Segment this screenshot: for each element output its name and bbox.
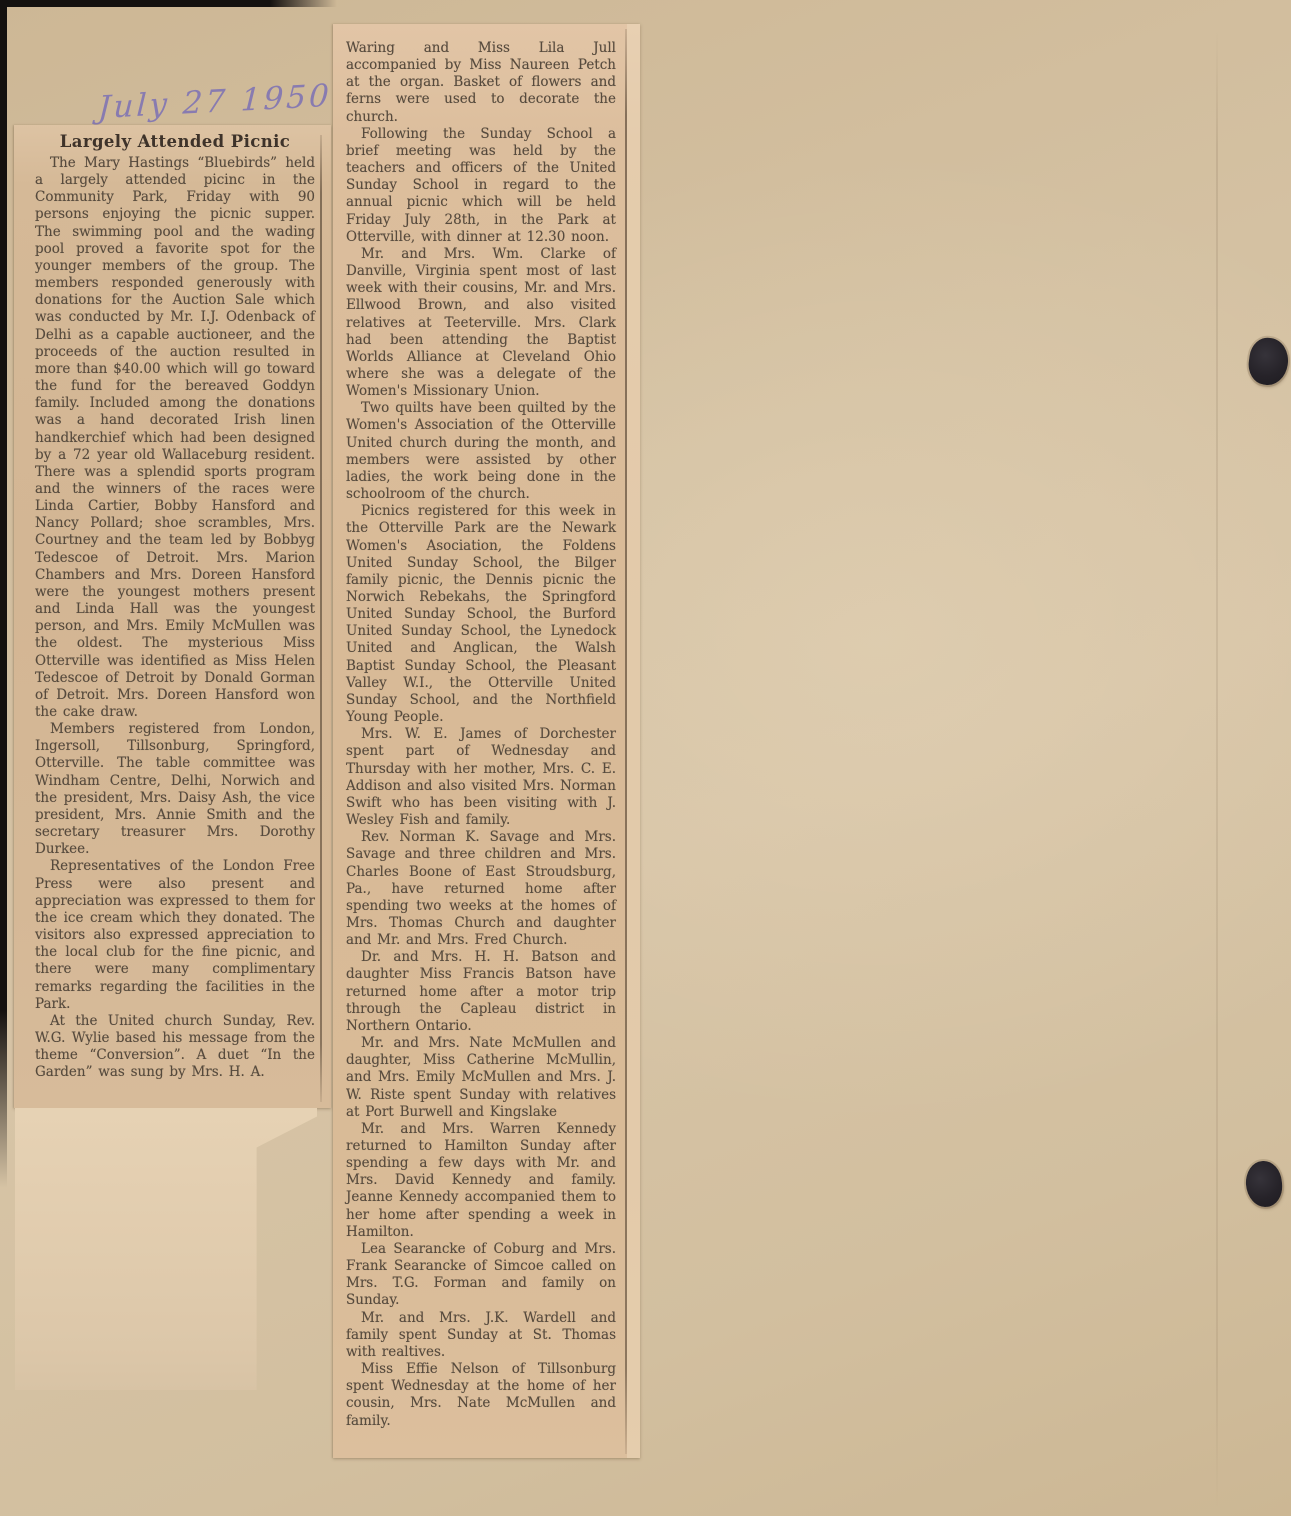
- right-paragraph: Mr. and Mrs. Warren Kennedy returned to …: [346, 1121, 616, 1241]
- right-paragraph: Mrs. W. E. James of Dorchester spent par…: [346, 726, 616, 829]
- binder-hole-bottom: [1244, 1160, 1283, 1208]
- article-headline: Largely Attended Picnic: [35, 131, 315, 153]
- right-newspaper-clipping: Waring and Miss Lila Jull accompanied by…: [333, 24, 640, 1458]
- binder-hole-top: [1246, 336, 1291, 388]
- right-paragraph: Two quilts have been quilted by the Wome…: [346, 400, 616, 503]
- column-rule-left: [320, 135, 322, 1102]
- left-paragraph: The Mary Hastings “Bluebirds” held a lar…: [35, 155, 315, 721]
- handwritten-date: July 27 1950: [97, 78, 329, 126]
- right-paragraph: Following the Sunday School a brief meet…: [346, 126, 616, 246]
- left-clipping-text-block: Largely Attended Picnic The Mary Hasting…: [14, 125, 331, 1081]
- photo-edge-top: [0, 0, 337, 7]
- right-paragraph: Miss Effie Nelson of Tillsonburg spent W…: [346, 1361, 616, 1430]
- right-clipping-margin: [627, 24, 640, 1458]
- photo-edge-left: [0, 0, 7, 1188]
- left-newspaper-clipping: Largely Attended Picnic The Mary Hasting…: [14, 125, 331, 1108]
- right-clipping-text-block: Waring and Miss Lila Jull accompanied by…: [333, 24, 640, 1430]
- page-crease: [1216, 30, 1218, 1510]
- column-rule-right: [625, 29, 627, 1454]
- right-paragraph: Waring and Miss Lila Jull accompanied by…: [346, 40, 616, 126]
- blank-newsprint-piece: [15, 1108, 317, 1390]
- right-paragraph: Rev. Norman K. Savage and Mrs. Savage an…: [346, 829, 616, 949]
- right-paragraph: Picnics registered for this week in the …: [346, 503, 616, 726]
- scrapbook-page: July 27 1950 Largely Attended Picnic The…: [0, 0, 1291, 1516]
- left-paragraph: Members registered from London, Ingersol…: [35, 721, 315, 858]
- right-paragraph: Mr. and Mrs. Wm. Clarke of Danville, Vir…: [346, 246, 616, 400]
- right-paragraph: Mr. and Mrs. J.K. Wardell and family spe…: [346, 1310, 616, 1361]
- right-paragraph: Mr. and Mrs. Nate McMullen and daughter,…: [346, 1035, 616, 1121]
- left-paragraph: Representatives of the London Free Press…: [35, 858, 315, 1012]
- right-paragraph: Dr. and Mrs. H. H. Batson and daughter M…: [346, 949, 616, 1035]
- left-paragraph: At the United church Sunday, Rev. W.G. W…: [35, 1013, 315, 1082]
- right-paragraph: Lea Searancke of Coburg and Mrs. Frank S…: [346, 1241, 616, 1310]
